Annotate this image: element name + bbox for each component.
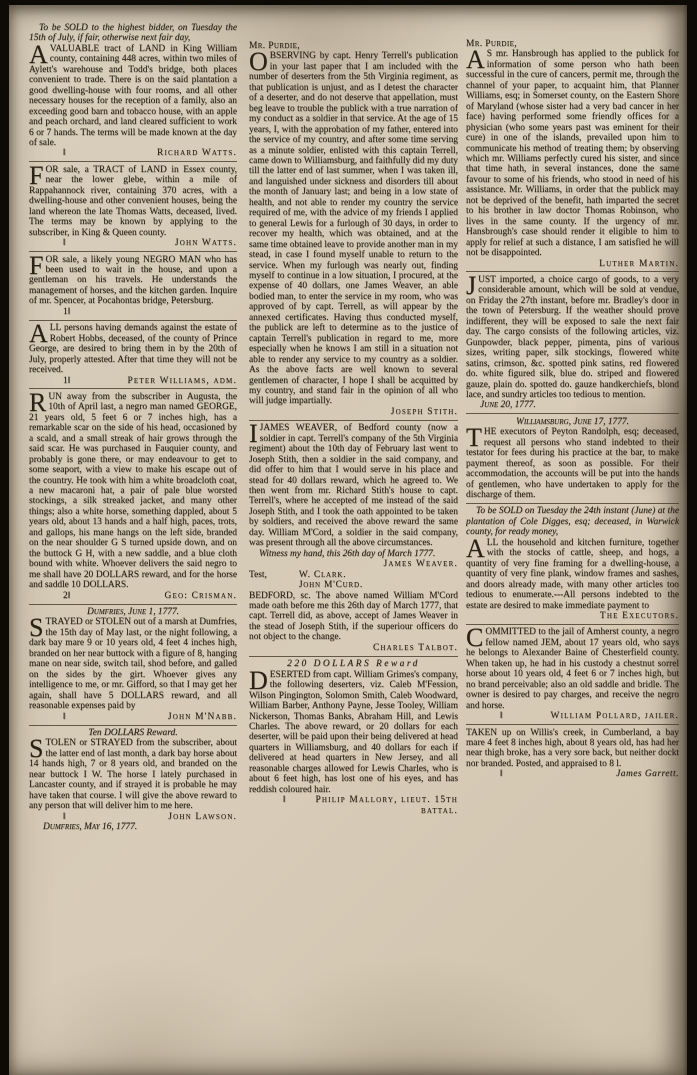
- advert-body: RUN away from the subscriber in Augusta,…: [29, 392, 237, 591]
- newspaper-advert: JUST imported, a choice cargo of goods, …: [466, 275, 679, 411]
- dateline: June 20, 1777.: [466, 400, 679, 410]
- newspaper-advert: Mr. Purdie,AS mr. Hansbrough has applied…: [466, 39, 679, 269]
- newspaper-advert: To be SOLD to the highest bidder, on Tue…: [29, 23, 237, 159]
- signature-name: James Weaver.: [283, 559, 458, 569]
- drop-cap-letter: A: [29, 323, 50, 343]
- drop-cap-letter: F: [29, 255, 45, 275]
- signature-name: James Garrett.: [503, 769, 679, 779]
- signature-line: 1‖Peter Williams, adm.: [29, 376, 237, 386]
- advert-body: JUST imported, a choice cargo of goods, …: [466, 275, 679, 400]
- drop-cap-letter: C: [466, 627, 485, 647]
- newspaper-advert: Mr. Purdie,OBSERVING by capt. Henry Terr…: [249, 41, 458, 417]
- advert-body: FOR sale, a TRACT of LAND in Essex count…: [29, 165, 237, 238]
- printers-mark: 2‖: [29, 591, 70, 601]
- drop-cap-letter: R: [29, 392, 48, 412]
- advert-body: DESERTED from capt. William Grimes's com…: [249, 670, 458, 795]
- article-divider: [466, 413, 679, 414]
- printers-mark: ‖: [249, 795, 286, 805]
- signature-line: Luther Martin.: [466, 259, 679, 269]
- article-divider: [29, 725, 237, 726]
- advert-body: ALL persons having demands against the e…: [29, 323, 237, 375]
- article-divider: [466, 271, 679, 272]
- signature-line: Joseph Stith.: [249, 407, 458, 417]
- advert-body: AVALUABLE tract of LAND in King William …: [29, 44, 237, 149]
- advert-body: FOR sale, a likely young NEGRO MAN who h…: [29, 255, 237, 307]
- advert-body: THE executors of Peyton Randolph, esq; d…: [466, 427, 679, 500]
- advert-body: AS mr. Hansbrough has applied to the pub…: [466, 49, 679, 258]
- newspaper-advert: RUN away from the subscriber in Augusta,…: [29, 392, 237, 601]
- signature-line: ‖John M'Nabb.: [29, 712, 237, 722]
- signature-line: ‖Richard Watts.: [29, 148, 237, 158]
- printers-mark: 1‖: [29, 376, 70, 386]
- signature-line: 1‖: [29, 307, 237, 317]
- signature-name: Richard Watts.: [66, 148, 237, 158]
- newspaper-advert: Dumfries, June 1, 1777.STRAYED or STOLEN…: [29, 607, 237, 722]
- newspaper-advert: To be SOLD on Tuesday the 24th instant (…: [466, 506, 679, 621]
- signature-line: ‖William Pollard, jailer.: [466, 711, 679, 721]
- drop-cap-letter: A: [466, 538, 487, 558]
- advert-body: IJAMES WEAVER, of Bedford county (now a …: [249, 423, 458, 548]
- article-divider: [29, 251, 237, 252]
- signature-name: John Watts.: [66, 238, 237, 248]
- advert-body: COMMITTED to the jail of Amherst county,…: [466, 627, 679, 711]
- signature-name: Joseph Stith.: [283, 407, 458, 417]
- newspaper-page: To be SOLD to the highest bidder, on Tue…: [9, 5, 687, 1075]
- newspaper-advert: Williamsburg, June 17, 1777.THE executor…: [466, 417, 679, 501]
- signature-line: ‖Philip Mallory, lieut. 15th battal.: [249, 795, 458, 816]
- advert-body: OBSERVING by capt. Henry Terrell's publi…: [249, 51, 458, 406]
- article-divider: [466, 724, 679, 725]
- signature-line: Charles Talbot.: [249, 643, 458, 653]
- printers-mark: ‖: [29, 238, 66, 248]
- signature-line: ‖James Garrett.: [466, 769, 679, 779]
- advert-body: ALL the household and kitchen furniture,…: [466, 538, 679, 611]
- advert-body: STOLEN or STRAYED from the subscriber, a…: [29, 738, 237, 811]
- drop-cap-letter: A: [466, 49, 487, 69]
- drop-cap-letter: D: [249, 670, 270, 690]
- signature-line: ‖John Lawson.: [29, 812, 237, 822]
- signature-line: ‖John Watts.: [29, 238, 237, 248]
- newspaper-advert: Ten DOLLARS Reward.STOLEN or STRAYED fro…: [29, 728, 237, 833]
- printers-mark: ‖: [29, 812, 66, 822]
- signature-name: Charles Talbot.: [283, 643, 458, 653]
- column-middle: Mr. Purdie,OBSERVING by capt. Henry Terr…: [249, 41, 458, 1067]
- newspaper-advert: COMMITTED to the jail of Amherst county,…: [466, 627, 679, 721]
- italic-intro: Witness my hand, this 26th day of March …: [249, 549, 458, 559]
- newspaper-advert: 220 DOLLARS RewardDESERTED from capt. Wi…: [249, 659, 458, 816]
- dateline: Williamsburg, June 17, 1777.: [466, 417, 679, 427]
- drop-cap-letter: F: [29, 165, 45, 185]
- drop-cap-letter: I: [249, 423, 260, 443]
- newspaper-advert: IJAMES WEAVER, of Bedford county (now a …: [249, 423, 458, 653]
- dateline: Dumfries, June 1, 1777.: [29, 607, 237, 617]
- column-left: To be SOLD to the highest bidder, on Tue…: [29, 23, 237, 1067]
- advert-body: BEDFORD, sc. The above named William M'C…: [249, 591, 458, 643]
- signature-line: The Executors.: [466, 611, 679, 621]
- newspaper-advert: FOR sale, a likely young NEGRO MAN who h…: [29, 255, 237, 318]
- article-divider: [29, 320, 237, 321]
- salutation: Mr. Purdie,: [466, 39, 679, 49]
- signature-name: Luther Martin.: [500, 259, 679, 269]
- article-divider: [249, 420, 458, 421]
- newspaper-advert: FOR sale, a TRACT of LAND in Essex count…: [29, 165, 237, 249]
- signature-name: Philip Mallory, lieut. 15th battal.: [286, 795, 458, 816]
- advert-body: TAKEN up on Willis's creek, in Cumberlan…: [466, 728, 679, 770]
- advert-body: STRAYED or STOLEN out of a marsh at Dumf…: [29, 617, 237, 711]
- signature-name: Geo: Crisman.: [70, 591, 237, 601]
- advert-heading: 220 DOLLARS Reward: [249, 659, 458, 669]
- signature-name: John M'Nabb.: [66, 712, 237, 722]
- article-divider: [29, 161, 237, 162]
- dateline: Dumfries, May 16, 1777.: [29, 822, 237, 832]
- attest-label: Test,: [249, 570, 281, 591]
- printers-mark: ‖: [466, 769, 503, 779]
- drop-cap-letter: A: [29, 44, 50, 64]
- drop-cap-letter: S: [29, 617, 45, 637]
- newspaper-advert: TAKEN up on Willis's creek, in Cumberlan…: [466, 728, 679, 780]
- signature-name: William Pollard, jailer.: [503, 711, 679, 721]
- column-right: Mr. Purdie,AS mr. Hansbrough has applied…: [466, 39, 679, 1067]
- signature-line: 2‖Geo: Crisman.: [29, 591, 237, 601]
- printers-mark: ‖: [29, 148, 66, 158]
- drop-cap-letter: S: [29, 738, 45, 758]
- article-divider: [29, 388, 237, 389]
- article-divider: [466, 624, 679, 625]
- italic-intro: To be SOLD to the highest bidder, on Tue…: [29, 23, 237, 44]
- drop-cap-letter: J: [466, 275, 478, 295]
- attestation-line: Test,W. Clark.John M'Curd.: [249, 570, 458, 591]
- signature-name: Peter Williams, adm.: [70, 376, 237, 386]
- article-divider: [29, 604, 237, 605]
- signature-name: John Lawson.: [66, 812, 237, 822]
- printers-mark: ‖: [466, 711, 503, 721]
- attest-names: W. Clark.John M'Curd.: [281, 570, 458, 591]
- advert-heading: Ten DOLLARS Reward.: [29, 728, 237, 738]
- italic-intro: To be SOLD on Tuesday the 24th instant (…: [466, 506, 679, 537]
- newspaper-advert: ALL persons having demands against the e…: [29, 323, 237, 386]
- drop-cap-letter: O: [249, 51, 270, 71]
- drop-cap-letter: T: [466, 427, 484, 447]
- printers-mark: 1‖: [29, 307, 70, 317]
- signature-name: The Executors.: [500, 611, 679, 621]
- printers-mark: ‖: [29, 712, 66, 722]
- page-edge-shadow: [683, 0, 697, 1075]
- salutation: Mr. Purdie,: [249, 41, 458, 51]
- article-divider: [466, 503, 679, 504]
- article-divider: [249, 656, 458, 657]
- signature-line: James Weaver.: [249, 559, 458, 569]
